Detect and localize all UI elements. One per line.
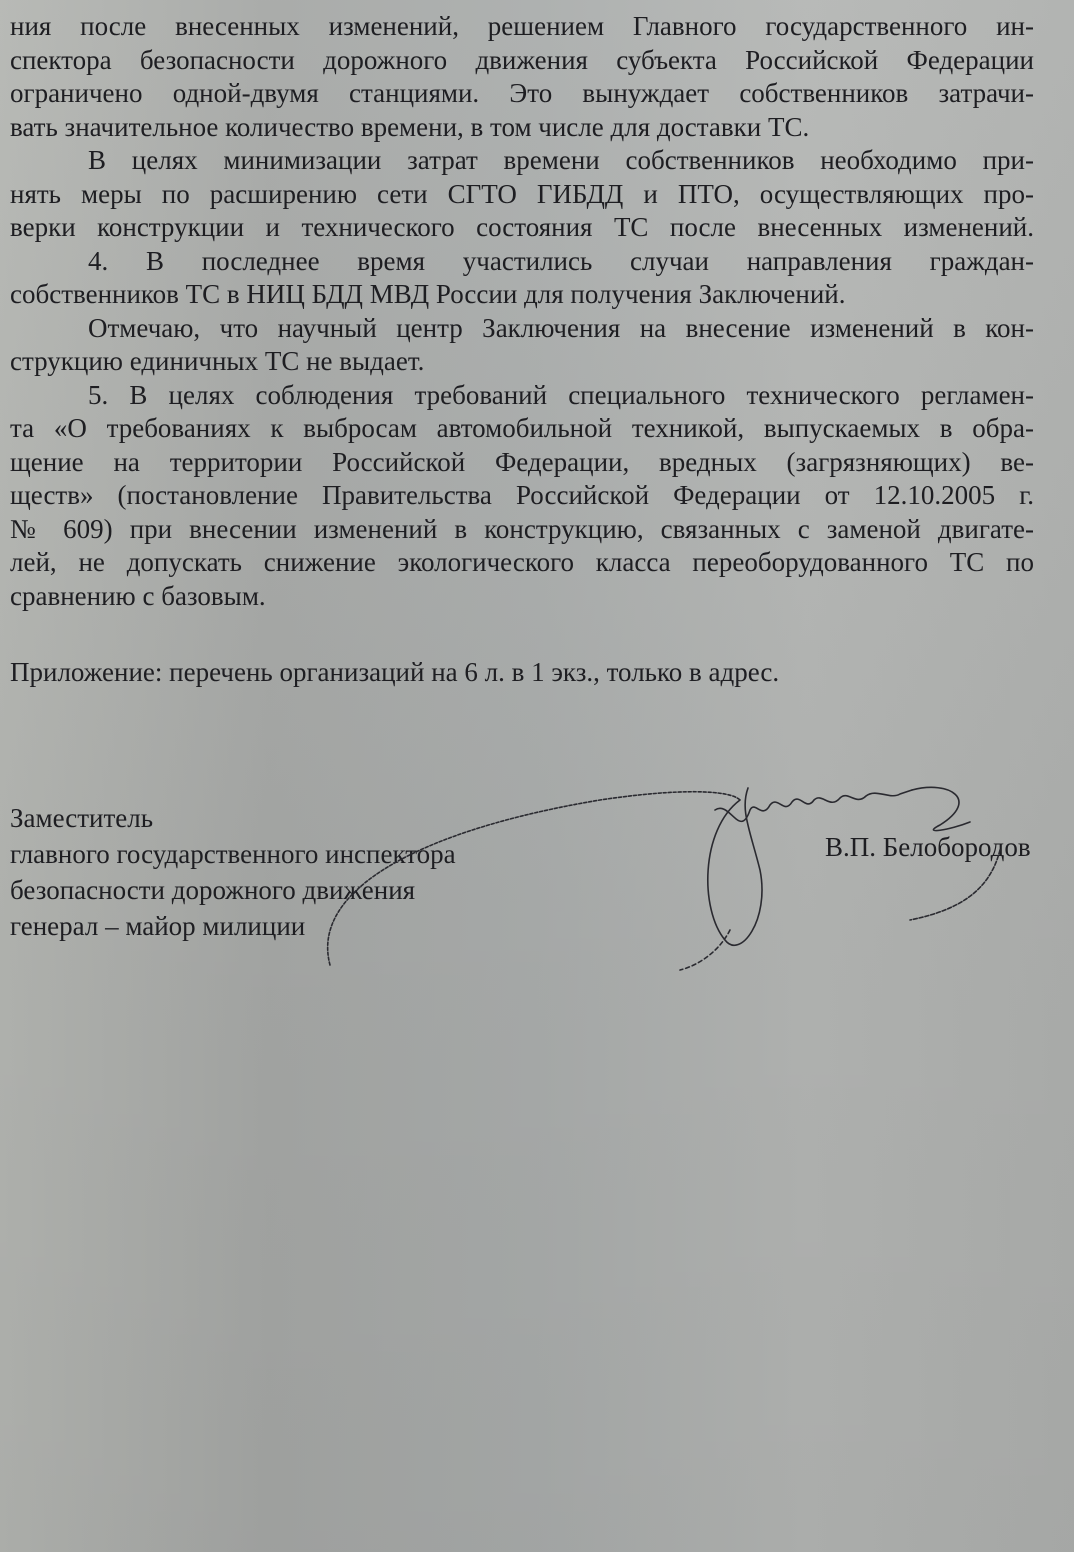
body-line: щение на территории Российской Федерации… [10, 446, 1034, 480]
body-line: спектора безопасности дорожного движения… [10, 44, 1034, 78]
signatory-title-line: главного государственного инспектора [10, 836, 456, 872]
signatory-title-line: генерал – майор милиции [10, 908, 456, 944]
signer-name: В.П. Белобородов [825, 832, 1031, 863]
body-line: 4. В последнее время участились случаи н… [10, 245, 1034, 279]
body-line: верки конструкции и технического состоян… [10, 211, 1034, 245]
body-line: ния после внесенных изменений, решением … [10, 10, 1034, 44]
document-body: ния после внесенных изменений, решением … [10, 10, 1034, 613]
signatory-title-line: безопасности дорожного движения [10, 872, 456, 908]
body-line: № 609) при внесении изменений в конструк… [10, 513, 1034, 547]
attachment-note: Приложение: перечень организаций на 6 л.… [10, 657, 779, 688]
body-line: струкцию единичных ТС не выдает. [10, 345, 1034, 379]
signatory-title: Заместитель главного государственного ин… [10, 800, 456, 944]
body-line: ществ» (постановление Правительства Росс… [10, 479, 1034, 513]
body-line: Отмечаю, что научный центр Заключения на… [10, 312, 1034, 346]
body-line: нять меры по расширению сети СГТО ГИБДД … [10, 178, 1034, 212]
body-line: 5. В целях соблюдения требований специал… [10, 379, 1034, 413]
body-line: В целях минимизации затрат времени собст… [10, 144, 1034, 178]
body-line: та «О требованиях к выбросам автомобильн… [10, 412, 1034, 446]
body-line: вать значительное количество времени, в … [10, 111, 1034, 145]
body-line: собственников ТС в НИЦ БДД МВД России дл… [10, 278, 1034, 312]
body-line: лей, не допускать снижение экологическог… [10, 546, 1034, 580]
body-line: сравнению с базовым. [10, 580, 1034, 614]
body-line: ограничено одной-двумя станциями. Это вы… [10, 77, 1034, 111]
signatory-title-line: Заместитель [10, 800, 456, 836]
